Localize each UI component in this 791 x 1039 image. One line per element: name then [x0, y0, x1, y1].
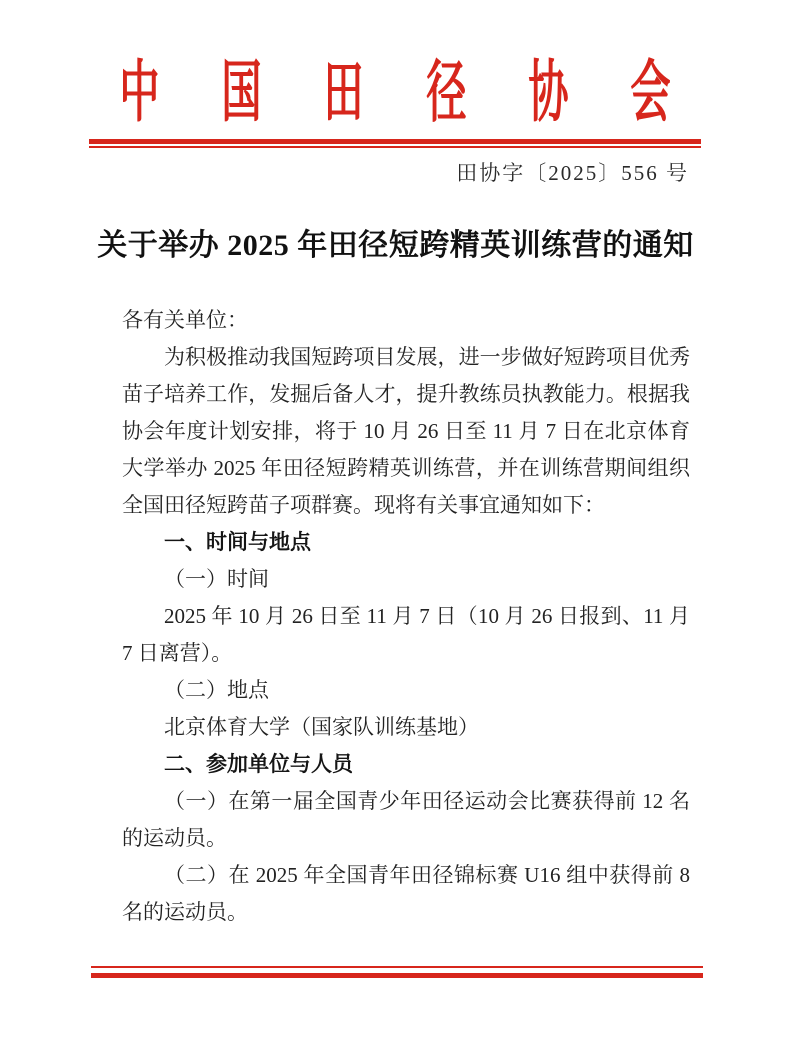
divider-thin-line	[89, 146, 701, 148]
document-number: 田协字〔2025〕556 号	[89, 160, 689, 186]
org-name-char: 会	[630, 59, 670, 127]
paragraph-time-detail: 2025 年 10 月 26 日至 11 月 7 日（10 月 26 日报到、1…	[122, 598, 690, 672]
org-name-char: 田	[324, 59, 364, 127]
document-page: 中 国 田 径 协 会 田协字〔2025〕556 号 关于举办 2025 年田径…	[0, 0, 791, 1039]
paragraph-participants-2: （二）在 2025 年全国青年田径锦标赛 U16 组中获得前 8 名的运动员。	[122, 857, 690, 931]
subsection-time-label: （一）时间	[122, 561, 690, 598]
salutation: 各有关单位：	[122, 302, 690, 339]
org-name-char: 径	[426, 59, 466, 127]
letterhead-divider-rule	[89, 139, 701, 148]
paragraph-intro: 为积极推动我国短跨项目发展，进一步做好短跨项目优秀苗子培养工作，发掘后备人才，提…	[122, 339, 690, 524]
document-title: 关于举办 2025 年田径短跨精英训练营的通知	[0, 226, 791, 266]
letterhead-org-name: 中 国 田 径 协 会	[106, 59, 684, 127]
section-heading-2: 二、参加单位与人员	[122, 746, 690, 783]
section-heading-1: 一、时间与地点	[122, 524, 690, 561]
paragraph-location-detail: 北京体育大学（国家队训练基地）	[122, 709, 690, 746]
subsection-location-label: （二）地点	[122, 672, 690, 709]
org-name-char: 国	[222, 59, 262, 127]
divider-thick-line	[91, 973, 703, 978]
org-name-char: 中	[119, 59, 159, 127]
footer-divider-rule	[91, 966, 703, 978]
org-name-char: 协	[528, 59, 568, 127]
document-body: 各有关单位： 为积极推动我国短跨项目发展，进一步做好短跨项目优秀苗子培养工作，发…	[122, 302, 690, 931]
paragraph-participants-1: （一）在第一届全国青少年田径运动会比赛获得前 12 名的运动员。	[122, 783, 690, 857]
